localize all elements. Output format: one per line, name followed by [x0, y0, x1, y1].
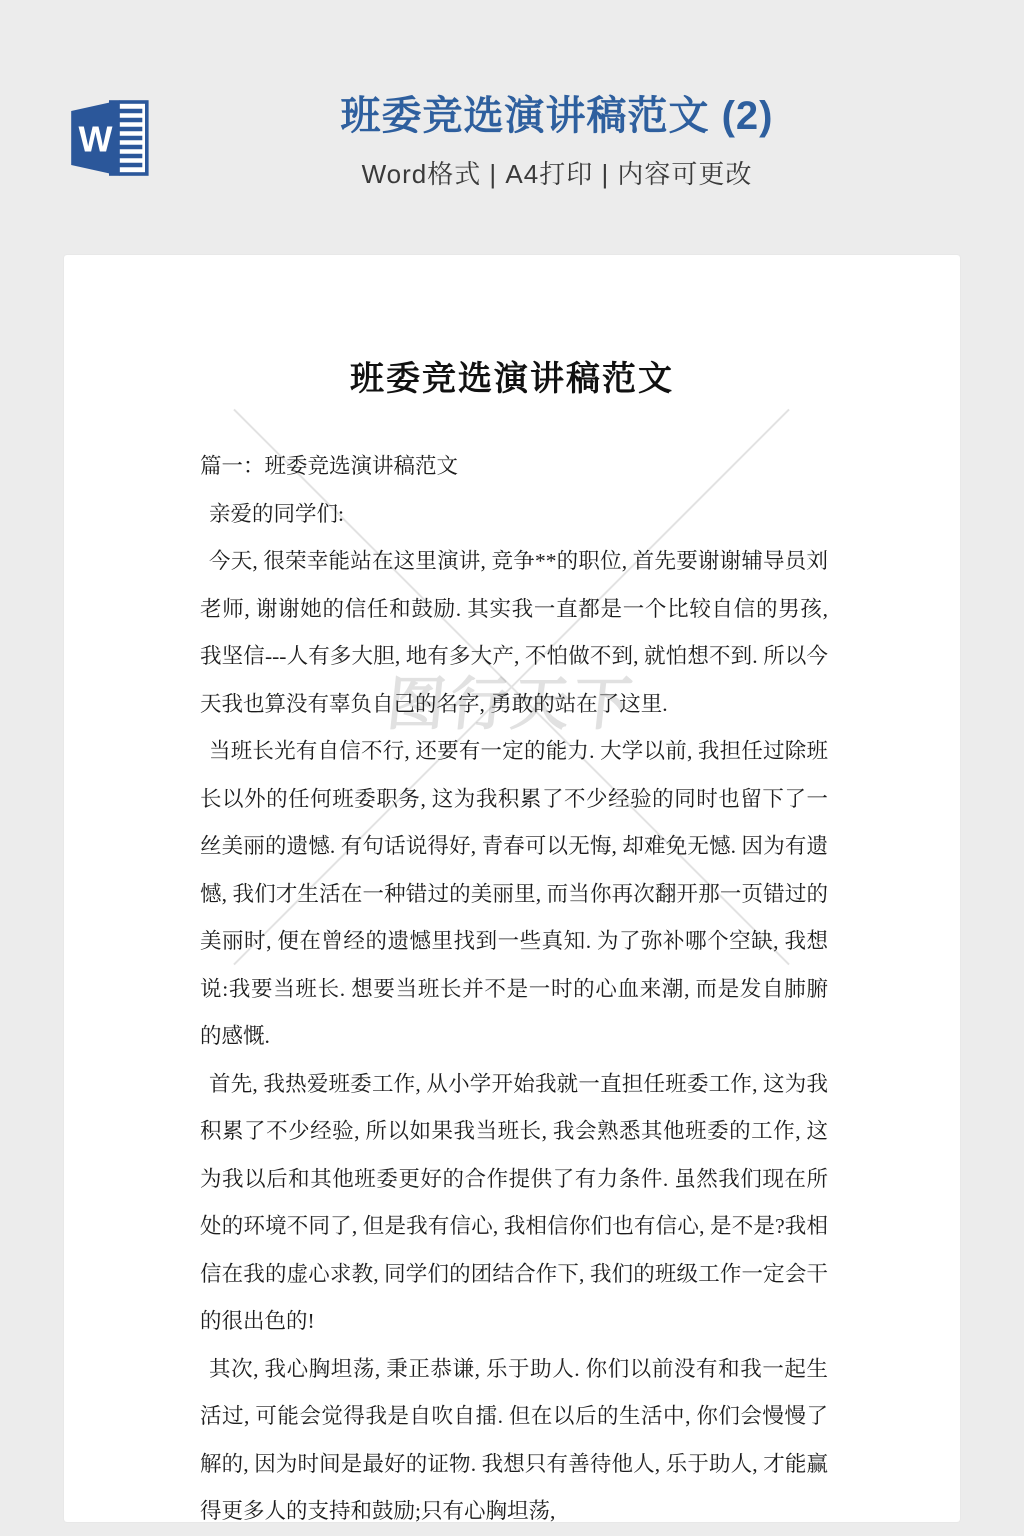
document-body: 篇一：班委竞选演讲稿范文 亲爱的同学们: 今天, 很荣幸能站在这里演讲, 竞争*… — [200, 443, 828, 1522]
header-title: 班委竞选演讲稿范文 (2) — [0, 94, 1024, 138]
paragraph: 首先, 我热爱班委工作, 从小学开始我就一直担任班委工作, 这为我积累了不少经验… — [200, 1061, 828, 1346]
document-page: 图行天下 班委竞选演讲稿范文 篇一：班委竞选演讲稿范文 亲爱的同学们: 今天, … — [64, 255, 960, 1522]
header-subtitle: Word格式 | A4打印 | 内容可更改 — [0, 158, 1024, 190]
paragraph: 亲爱的同学们: — [200, 491, 828, 539]
document-title: 班委竞选演讲稿范文 — [64, 359, 960, 401]
paragraph: 篇一：班委竞选演讲稿范文 — [200, 443, 828, 491]
paragraph: 今天, 很荣幸能站在这里演讲, 竞争**的职位, 首先要谢谢辅导员刘老师, 谢谢… — [200, 538, 828, 728]
paragraph: 其次, 我心胸坦荡, 秉正恭谦, 乐于助人. 你们以前没有和我一起生活过, 可能… — [200, 1346, 828, 1523]
header: W 班委竞选演讲稿范文 (2) Word格式 | A4打印 | 内容可更改 — [0, 0, 1024, 255]
page-background: W 班委竞选演讲稿范文 (2) Word格式 | A4打印 | 内容可更改 图行… — [0, 0, 1024, 1536]
paragraph: 当班长光有自信不行, 还要有一定的能力. 大学以前, 我担任过除班长以外的任何班… — [200, 728, 828, 1061]
